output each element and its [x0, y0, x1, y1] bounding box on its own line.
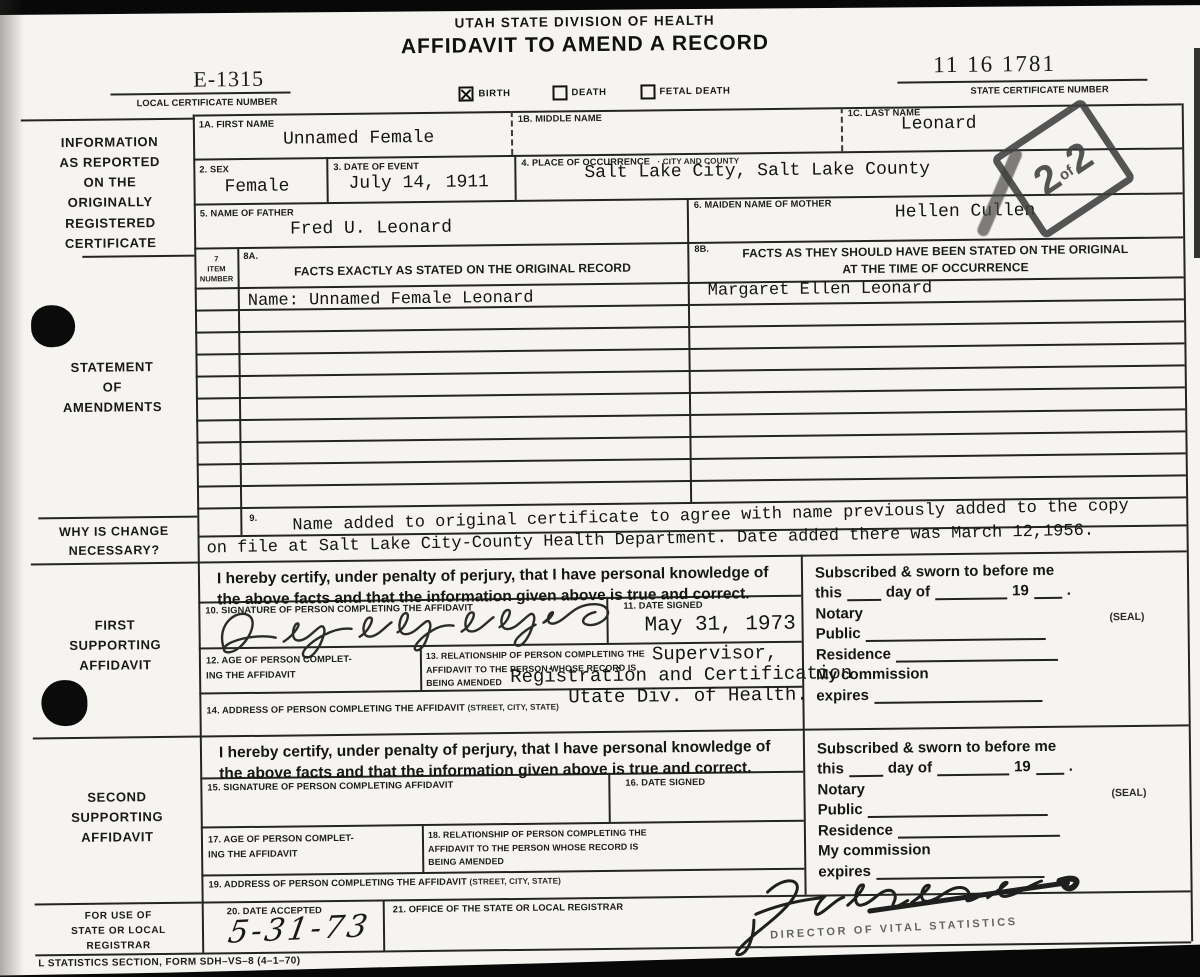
grid-line	[608, 773, 611, 822]
second-address-sublabel: (STREET, CITY, STATE)	[469, 876, 561, 886]
notary-expires-label: expires	[816, 686, 869, 704]
mother-maiden-name-value: Hellen Cullen	[895, 201, 1036, 223]
scanned-affidavit-page: { "header": { "agency": "UTAH STATE DIVI…	[0, 0, 1200, 977]
sidebar-first-affidavit-label: FIRST SUPPORTING AFFIDAVIT	[31, 615, 199, 677]
first-seal-label: (SEAL)	[1109, 611, 1144, 623]
middle-name-label: 1B. MIDDLE NAME	[518, 113, 602, 124]
amendment-row-original: Name: Unnamed Female Leonard	[248, 289, 534, 311]
grid-line	[514, 155, 517, 200]
mother-maiden-name-label: 6. MAIDEN NAME OF MOTHER	[694, 198, 832, 210]
last-name-value: Leonard	[901, 114, 977, 135]
first-address-label-text: 14. ADDRESS OF PERSON COMPLETING THE AFF…	[206, 703, 464, 716]
father-name-label: 5. NAME OF FATHER	[200, 207, 294, 218]
father-name-value: Fred U. Leonard	[290, 218, 452, 240]
scan-artifact-right-edge	[1194, 48, 1200, 258]
notary-label: Notary	[815, 605, 863, 623]
grid-line	[193, 103, 1182, 116]
scan-artifact-left-edge	[0, 0, 24, 977]
blank-line	[849, 760, 883, 777]
first-address-label: 14. ADDRESS OF PERSON COMPLETING THE AFF…	[206, 701, 559, 715]
grid-line	[687, 198, 689, 242]
grid-line	[38, 516, 197, 520]
grid-line	[801, 555, 807, 895]
first-name-value: Unnamed Female	[283, 128, 434, 150]
blank-line	[868, 799, 1048, 818]
first-age-label: 12. AGE OF PERSON COMPLET- ING THE AFFID…	[206, 652, 352, 683]
grid-line	[326, 157, 329, 202]
sex-value: Female	[224, 177, 289, 198]
second-notary-block: Subscribed & sworn to before me this day…	[817, 733, 1119, 880]
grid-line	[897, 79, 1147, 84]
registrar-signature	[719, 866, 1100, 960]
blank-line	[896, 643, 1058, 662]
blank-line	[874, 685, 1042, 704]
local-certificate-number: E-1315	[193, 66, 264, 93]
sidebar-amendments-label: STATEMENT OF AMENDMENTS	[28, 357, 196, 419]
punch-hole-mark	[41, 680, 88, 727]
grid-line	[82, 255, 194, 258]
state-certificate-number: 11 16 1781	[933, 51, 1056, 78]
grid-line	[422, 824, 425, 872]
sex-label: 2. SEX	[199, 164, 229, 174]
notary-sworn: Subscribed & sworn to before me	[815, 561, 1054, 581]
sidebar-information-label: INFORMATION AS REPORTED ON THE ORIGINALL…	[26, 132, 194, 255]
punch-hole-mark	[31, 305, 75, 347]
birth-checkbox-label: BIRTH	[478, 88, 510, 99]
blank-line	[898, 819, 1060, 838]
first-relationship-value-line3: Utate Div. of Health.	[568, 684, 808, 709]
blank-line	[847, 584, 881, 601]
first-date-signed-value: May 31, 1973	[644, 613, 795, 638]
second-seal-label: (SEAL)	[1111, 787, 1146, 799]
grid-line	[1182, 103, 1194, 941]
second-age-label: 17. AGE OF PERSON COMPLET- ING THE AFFID…	[208, 831, 354, 862]
notary-year: 19	[1012, 582, 1029, 599]
grid-line	[237, 247, 242, 535]
first-relationship-value-line1: Supervisor,	[652, 642, 778, 665]
second-address-label-text: 19. ADDRESS OF PERSON COMPLETING THE AFF…	[208, 877, 466, 890]
sidebar-why-label: WHY IS CHANGE NECESSARY?	[30, 522, 197, 563]
blank-line	[866, 623, 1046, 642]
notary-year: 19	[1014, 758, 1031, 775]
item-number-column-header: 7 ITEM NUMBER	[196, 254, 236, 285]
facts-original-column-number: 8A.	[243, 251, 258, 261]
notary-period: .	[1069, 758, 1073, 775]
death-checkbox-icon	[552, 85, 567, 100]
grid-line	[841, 107, 843, 151]
notary-expires-line: expires	[816, 680, 1116, 704]
date-of-event-value: July 14, 1911	[348, 172, 489, 194]
facts-corrected-column-header: FACTS AS THEY SHOULD HAVE BEEN STATED ON…	[707, 241, 1163, 280]
first-name-label: 1A. FIRST NAME	[199, 119, 274, 130]
place-of-occurrence-value: Salt Lake City, Salt Lake County	[584, 159, 930, 183]
grid-line	[21, 118, 195, 122]
grid-line	[383, 899, 386, 950]
first-address-sublabel: (STREET, CITY, STATE)	[468, 702, 560, 712]
notary-this: this	[815, 584, 842, 601]
notary-commission-label: My commission	[818, 841, 931, 859]
notary-date-line: this day of 19 .	[815, 578, 1115, 602]
notary-day-of: day of	[888, 759, 932, 777]
second-relationship-label: 18. RELATIONSHIP OF PERSON COMPLETING TH…	[428, 826, 647, 869]
state-certificate-number-label: STATE CERTIFICATE NUMBER	[970, 84, 1108, 96]
form-number-text: L STATISTICS SECTION, FORM SDH–VS–8 (4–1…	[38, 955, 300, 969]
notary-commission-label: My commission	[816, 665, 929, 683]
blank-line	[935, 582, 1007, 600]
grid-line	[110, 91, 290, 95]
sidebar-registrar-label: FOR USE OF STATE OR LOCAL REGISTRAR	[35, 908, 202, 955]
fetal-death-checkbox-label: FETAL DEATH	[659, 85, 730, 97]
blank-line	[1034, 582, 1062, 599]
notary-date-line: this day of 19 .	[817, 754, 1117, 778]
why-change-item-number: 9.	[249, 513, 257, 523]
notary-residence-label: Residence	[816, 645, 891, 663]
notary-day-of: day of	[886, 583, 930, 601]
registrar-office-label: 21. OFFICE OF THE STATE OR LOCAL REGISTR…	[393, 902, 624, 915]
facts-original-column-header: FACTS EXACTLY AS STATED ON THE ORIGINAL …	[237, 260, 687, 279]
grid-line	[511, 111, 513, 155]
second-address-label: 19. ADDRESS OF PERSON COMPLETING THE AFF…	[208, 875, 561, 889]
birth-checkbox-checked-icon	[458, 86, 473, 101]
notary-public-label: Public	[818, 801, 863, 819]
notary-sworn: Subscribed & sworn to before me	[817, 737, 1056, 757]
second-certify-statement: I hereby certify, under penalty of perju…	[219, 736, 819, 785]
blank-line	[937, 758, 1009, 776]
notary-label: Notary	[817, 781, 865, 799]
blank-line	[1036, 758, 1064, 775]
death-checkbox-label: DEATH	[571, 87, 606, 98]
notary-period: .	[1067, 582, 1071, 599]
notary-public-label: Public	[816, 625, 861, 643]
notary-residence-label: Residence	[818, 821, 893, 839]
second-date-signed-label: 16. DATE SIGNED	[625, 777, 705, 788]
first-date-signed-label: 11. DATE SIGNED	[623, 600, 702, 611]
local-certificate-number-label: LOCAL CERTIFICATE NUMBER	[137, 97, 278, 109]
amendment-row-corrected: Margaret Ellen Leonard	[708, 279, 933, 301]
affidavit-sheet: UTAH STATE DIVISION OF HEALTH AFFIDAVIT …	[0, 0, 1200, 977]
fetal-death-checkbox-icon	[640, 84, 655, 99]
sidebar-second-affidavit-label: SECOND SUPPORTING AFFIDAVIT	[33, 787, 201, 849]
first-notary-block: Subscribed & sworn to before me this day…	[815, 557, 1117, 704]
date-accepted-value: 5-31-73	[226, 908, 373, 951]
second-signature-label: 15. SIGNATURE OF PERSON COMPLETING AFFID…	[207, 780, 453, 793]
notary-this: this	[817, 760, 844, 777]
date-of-event-label: 3. DATE OF EVENT	[333, 161, 419, 172]
